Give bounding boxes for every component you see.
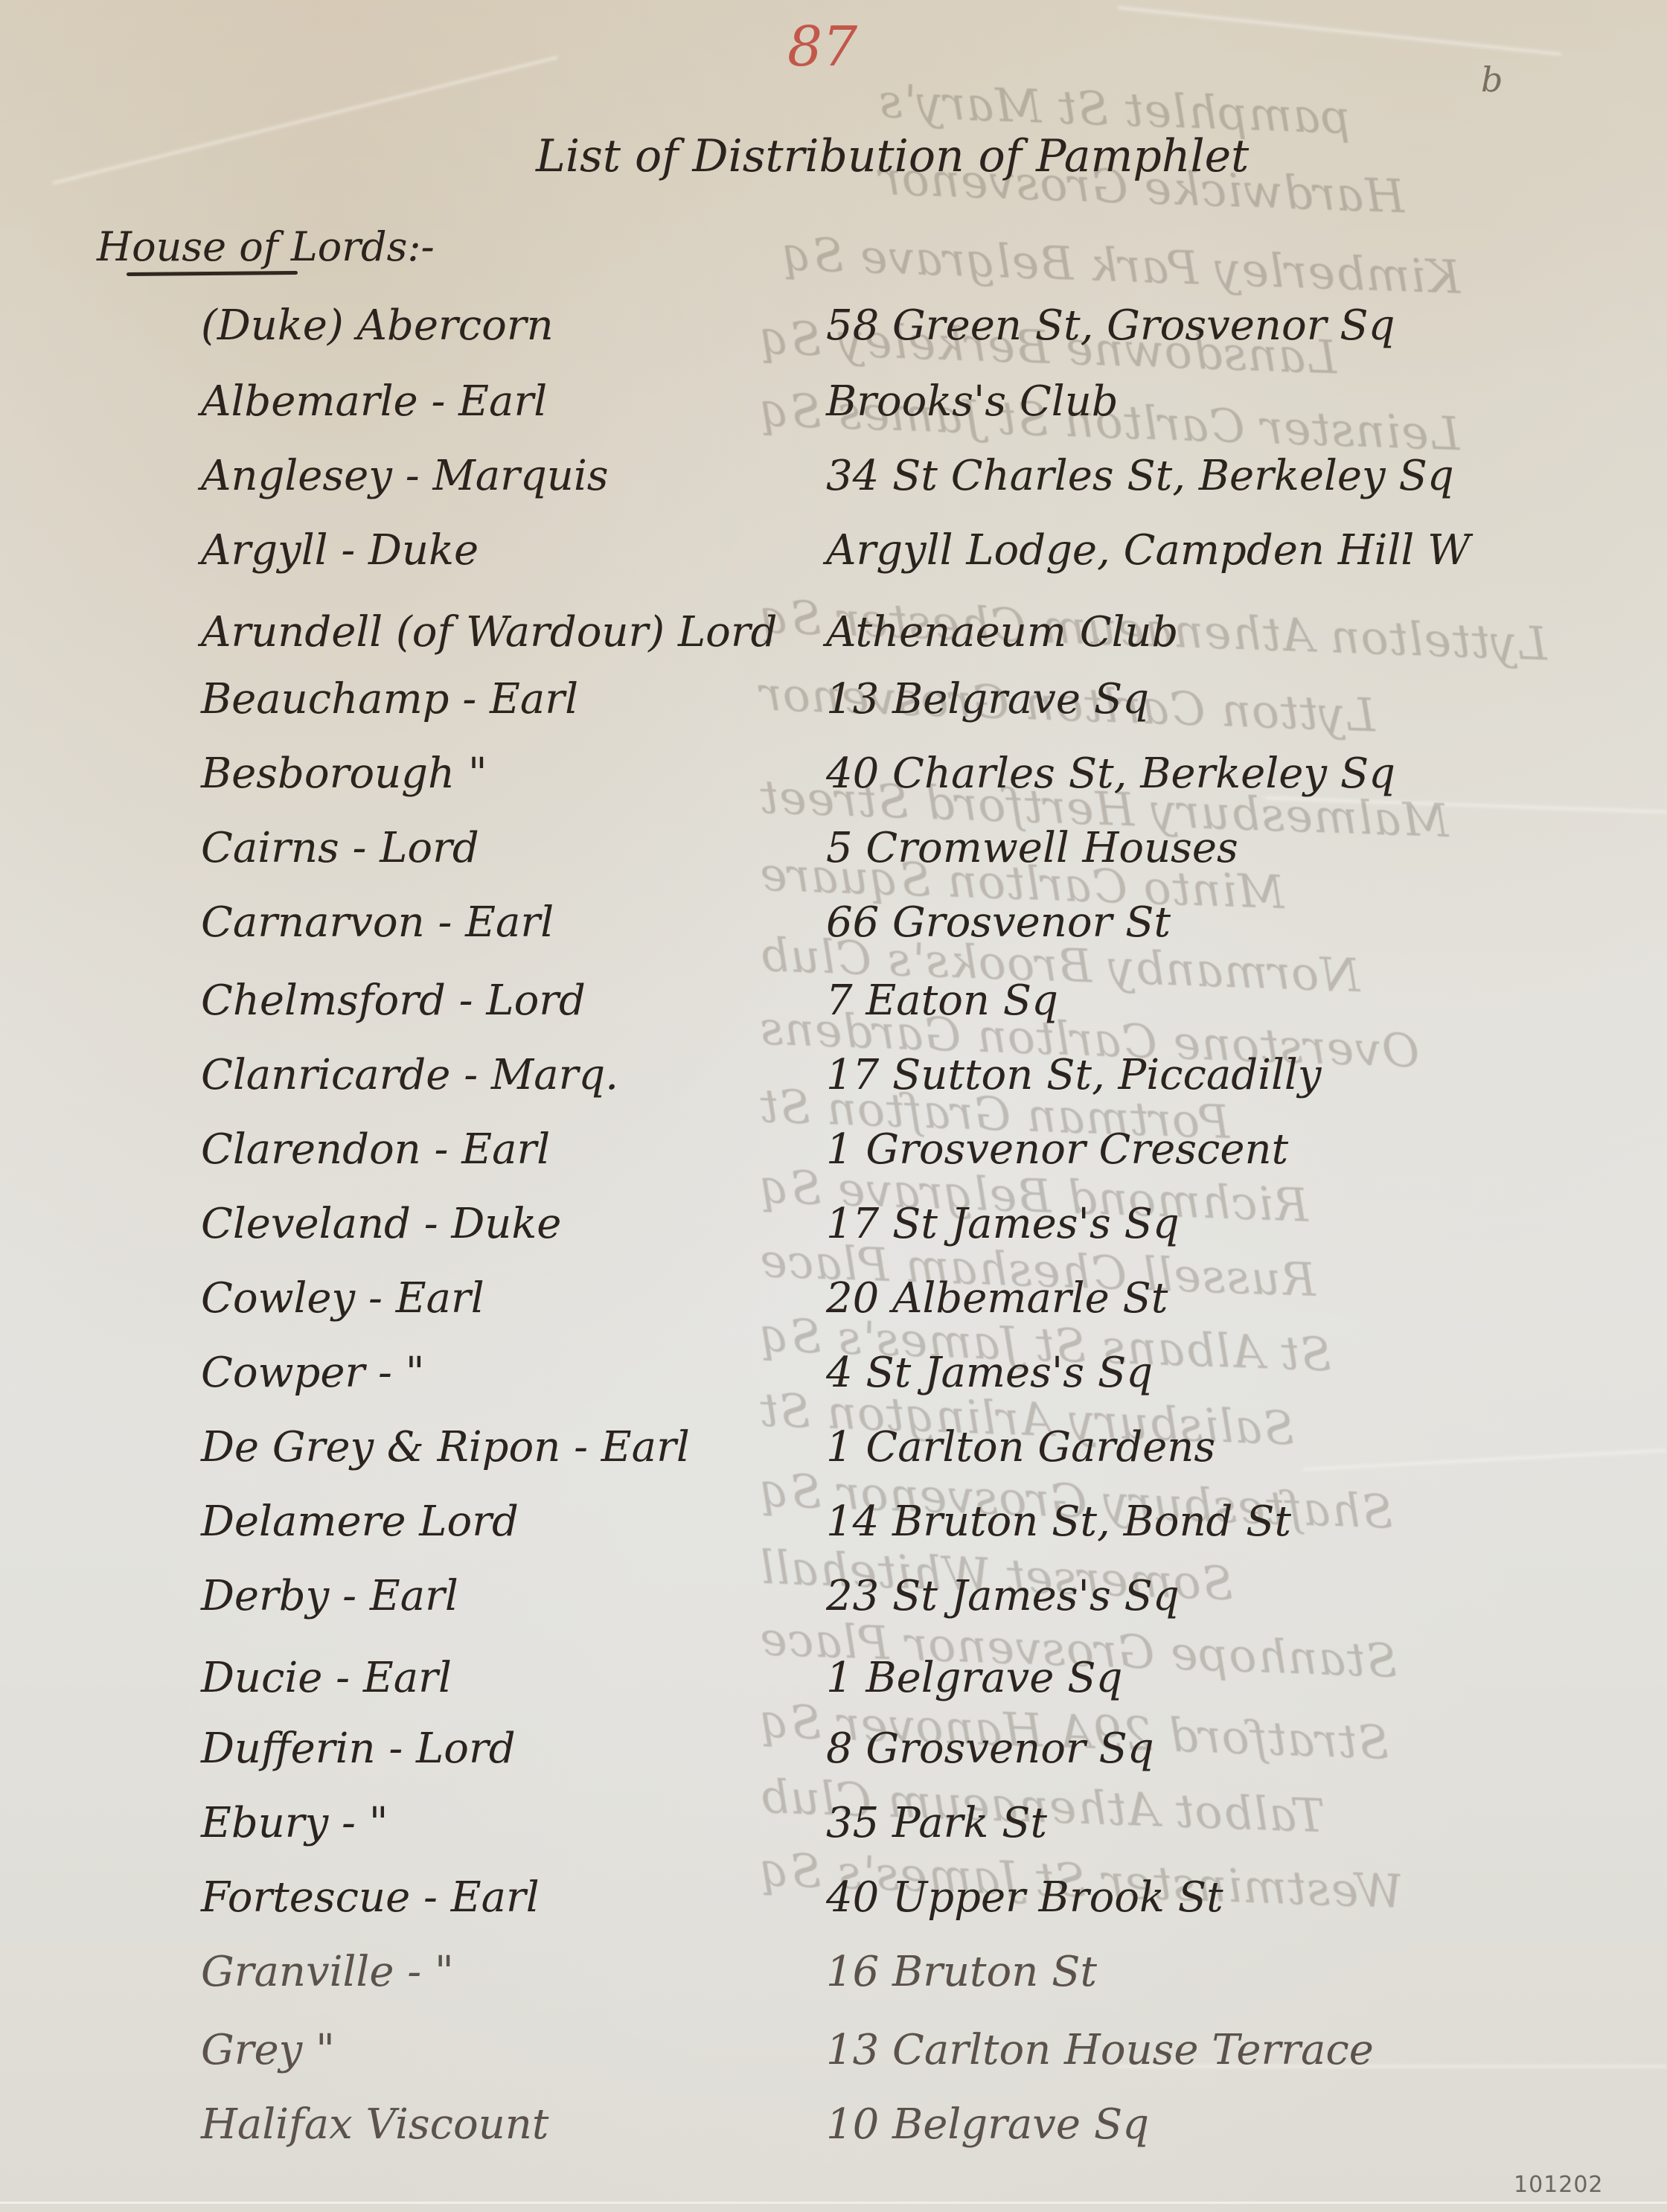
peer-name: Grey " bbox=[201, 2021, 335, 2080]
peer-address: 40 Charles St, Berkeley Sq bbox=[826, 744, 1395, 804]
peer-name: Arundell (of Wardour) Lord bbox=[201, 603, 777, 662]
list-entry: Dufferin - Lord 8 Grosvenor Sq bbox=[0, 1719, 1667, 1794]
peer-address: Brooks's Club bbox=[826, 372, 1119, 432]
peer-address: 66 Grosvenor St bbox=[826, 893, 1171, 953]
list-entry: Ducie - Earl 1 Belgrave Sq bbox=[0, 1649, 1667, 1723]
peer-address: 13 Belgrave Sq bbox=[826, 670, 1149, 729]
peer-address: 1 Grosvenor Crescent bbox=[826, 1120, 1288, 1180]
list-entry: Fortescue - Earl 40 Upper Brook St bbox=[0, 1868, 1667, 1943]
peer-address: 40 Upper Brook St bbox=[826, 1868, 1223, 1928]
peer-name: Chelmsford - Lord bbox=[201, 971, 586, 1031]
peer-address: 13 Carlton House Terrace bbox=[826, 2021, 1374, 2080]
list-entry: Halifax Viscount 10 Belgrave Sq bbox=[0, 2095, 1667, 2170]
peer-address: Athenaeum Club bbox=[826, 603, 1178, 662]
list-entry: Grey " 13 Carlton House Terrace bbox=[0, 2021, 1667, 2095]
peer-address: 1 Carlton Gardens bbox=[826, 1418, 1215, 1477]
peer-address: 1 Belgrave Sq bbox=[826, 1649, 1122, 1708]
peer-address: 8 Grosvenor Sq bbox=[826, 1719, 1154, 1779]
peer-address: 17 St James's Sq bbox=[826, 1195, 1180, 1254]
peer-name: Cleveland - Duke bbox=[201, 1195, 561, 1254]
peer-name: (Duke) Abercorn bbox=[201, 296, 554, 356]
list-entry: Derby - Earl 23 St James's Sq bbox=[0, 1567, 1667, 1641]
peer-name: Carnarvon - Earl bbox=[201, 893, 554, 953]
peer-address: 34 St Charles St, Berkeley Sq bbox=[826, 447, 1454, 506]
list-entry: Argyll - Duke Argyll Lodge, Campden Hill… bbox=[0, 521, 1667, 595]
list-entry: Besborough " 40 Charles St, Berkeley Sq bbox=[0, 744, 1667, 819]
list-entry: Albemarle - Earl Brooks's Club bbox=[0, 372, 1667, 447]
peer-name: Besborough " bbox=[201, 744, 487, 804]
peer-address: 17 Sutton St, Piccadilly bbox=[826, 1046, 1321, 1105]
list-entry: Clarendon - Earl 1 Grosvenor Crescent bbox=[0, 1120, 1667, 1195]
peer-address: 16 Bruton St bbox=[826, 1943, 1097, 2002]
peer-name: Cowley - Earl bbox=[201, 1269, 484, 1329]
list-entry: (Duke) Abercorn 58 Green St, Grosvenor S… bbox=[0, 296, 1667, 371]
peer-address: 58 Green St, Grosvenor Sq bbox=[826, 296, 1395, 356]
list-entry: Arundell (of Wardour) Lord Athenaeum Clu… bbox=[0, 603, 1667, 677]
peer-name: Cowper - " bbox=[201, 1343, 425, 1403]
list-entry: Granville - " 16 Bruton St bbox=[0, 1943, 1667, 2017]
list-entry: Anglesey - Marquis 34 St Charles St, Ber… bbox=[0, 447, 1667, 521]
list-entry: De Grey & Ripon - Earl 1 Carlton Gardens bbox=[0, 1418, 1667, 1492]
list-entry: Carnarvon - Earl 66 Grosvenor St bbox=[0, 893, 1667, 968]
peer-name: Derby - Earl bbox=[201, 1567, 458, 1626]
peer-name: Halifax Viscount bbox=[201, 2095, 548, 2155]
list-entry: Chelmsford - Lord 7 Eaton Sq bbox=[0, 971, 1667, 1046]
list-entry: Ebury - " 35 Park St bbox=[0, 1794, 1667, 1868]
peer-name: Granville - " bbox=[201, 1943, 454, 2002]
peer-address: 5 Cromwell Houses bbox=[826, 819, 1238, 878]
peer-address: 20 Albemarle St bbox=[826, 1269, 1168, 1329]
peer-name: Cairns - Lord bbox=[201, 819, 479, 878]
list-entry: Cowley - Earl 20 Albemarle St bbox=[0, 1269, 1667, 1343]
peer-name: De Grey & Ripon - Earl bbox=[201, 1418, 690, 1477]
peer-name: Beauchamp - Earl bbox=[201, 670, 578, 729]
peer-name: Clarendon - Earl bbox=[201, 1120, 550, 1180]
list-entry: Cairns - Lord 5 Cromwell Houses bbox=[0, 819, 1667, 893]
peer-name: Ducie - Earl bbox=[201, 1649, 452, 1708]
peer-name: Albemarle - Earl bbox=[201, 372, 547, 432]
peer-name: Delamere Lord bbox=[201, 1492, 519, 1552]
peer-address: 10 Belgrave Sq bbox=[826, 2095, 1149, 2155]
peer-name: Dufferin - Lord bbox=[201, 1719, 516, 1779]
list-entry: Beauchamp - Earl 13 Belgrave Sq bbox=[0, 670, 1667, 744]
list-entry: Cleveland - Duke 17 St James's Sq bbox=[0, 1195, 1667, 1269]
peer-address: 7 Eaton Sq bbox=[826, 971, 1058, 1031]
peer-name: Clanricarde - Marq. bbox=[201, 1046, 618, 1105]
peer-name: Anglesey - Marquis bbox=[201, 447, 609, 506]
peer-name: Fortescue - Earl bbox=[201, 1868, 540, 1928]
manuscript-page: pamphlet St Mary's Hardwicke Grosvenor K… bbox=[0, 0, 1667, 2212]
page-edge bbox=[0, 2202, 1667, 2204]
peer-address: Argyll Lodge, Campden Hill W bbox=[826, 521, 1471, 581]
peer-name: Ebury - " bbox=[201, 1794, 388, 1853]
list-entry: Clanricarde - Marq. 17 Sutton St, Piccad… bbox=[0, 1046, 1667, 1120]
distribution-list: (Duke) Abercorn 58 Green St, Grosvenor S… bbox=[0, 0, 1667, 2212]
list-entry: Delamere Lord 14 Bruton St, Bond St bbox=[0, 1492, 1667, 1567]
peer-address: 14 Bruton St, Bond St bbox=[826, 1492, 1291, 1552]
catalog-number: 101202 bbox=[1514, 2172, 1604, 2198]
peer-address: 35 Park St bbox=[826, 1794, 1047, 1853]
peer-name: Argyll - Duke bbox=[201, 521, 479, 581]
list-entry: Cowper - " 4 St James's Sq bbox=[0, 1343, 1667, 1418]
peer-address: 4 St James's Sq bbox=[826, 1343, 1153, 1403]
peer-address: 23 St James's Sq bbox=[826, 1567, 1180, 1626]
